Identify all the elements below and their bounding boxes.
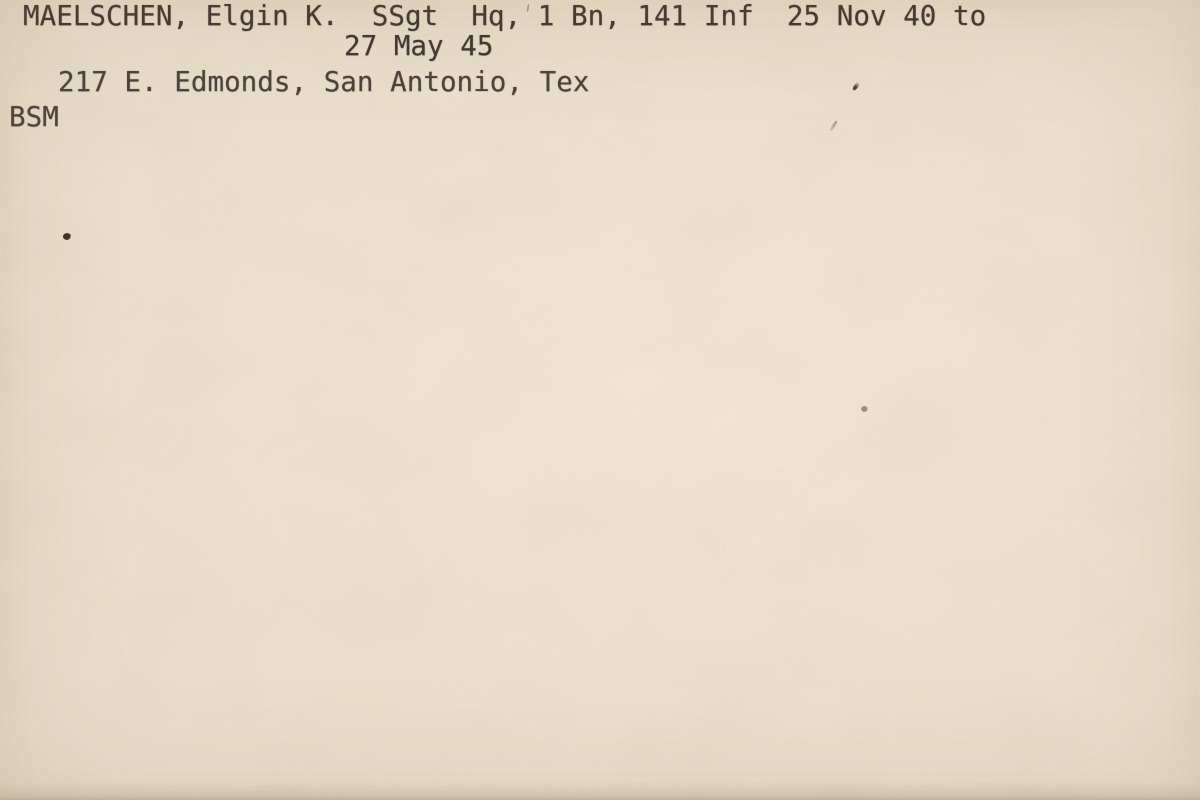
service-end-date-line: 27 May 45 — [344, 33, 493, 61]
paper-texture — [0, 0, 1200, 800]
index-card: MAELSCHEN, Elgin K. SSgt Hq, 1 Bn, 141 I… — [0, 0, 1200, 800]
name-rank-unit-dates-line: MAELSCHEN, Elgin K. SSgt Hq, 1 Bn, 141 I… — [23, 3, 986, 31]
faint-speck — [861, 406, 868, 412]
scan-vignette — [0, 0, 1200, 800]
award-line: BSM — [9, 104, 59, 132]
faint-hair-mark — [829, 120, 837, 132]
address-line: 217 E. Edmonds, San Antonio, Tex — [58, 69, 589, 97]
dark-speck — [62, 232, 72, 241]
card-bottom-edge-shadow — [0, 782, 1200, 800]
stray-ink-mark — [852, 82, 861, 92]
